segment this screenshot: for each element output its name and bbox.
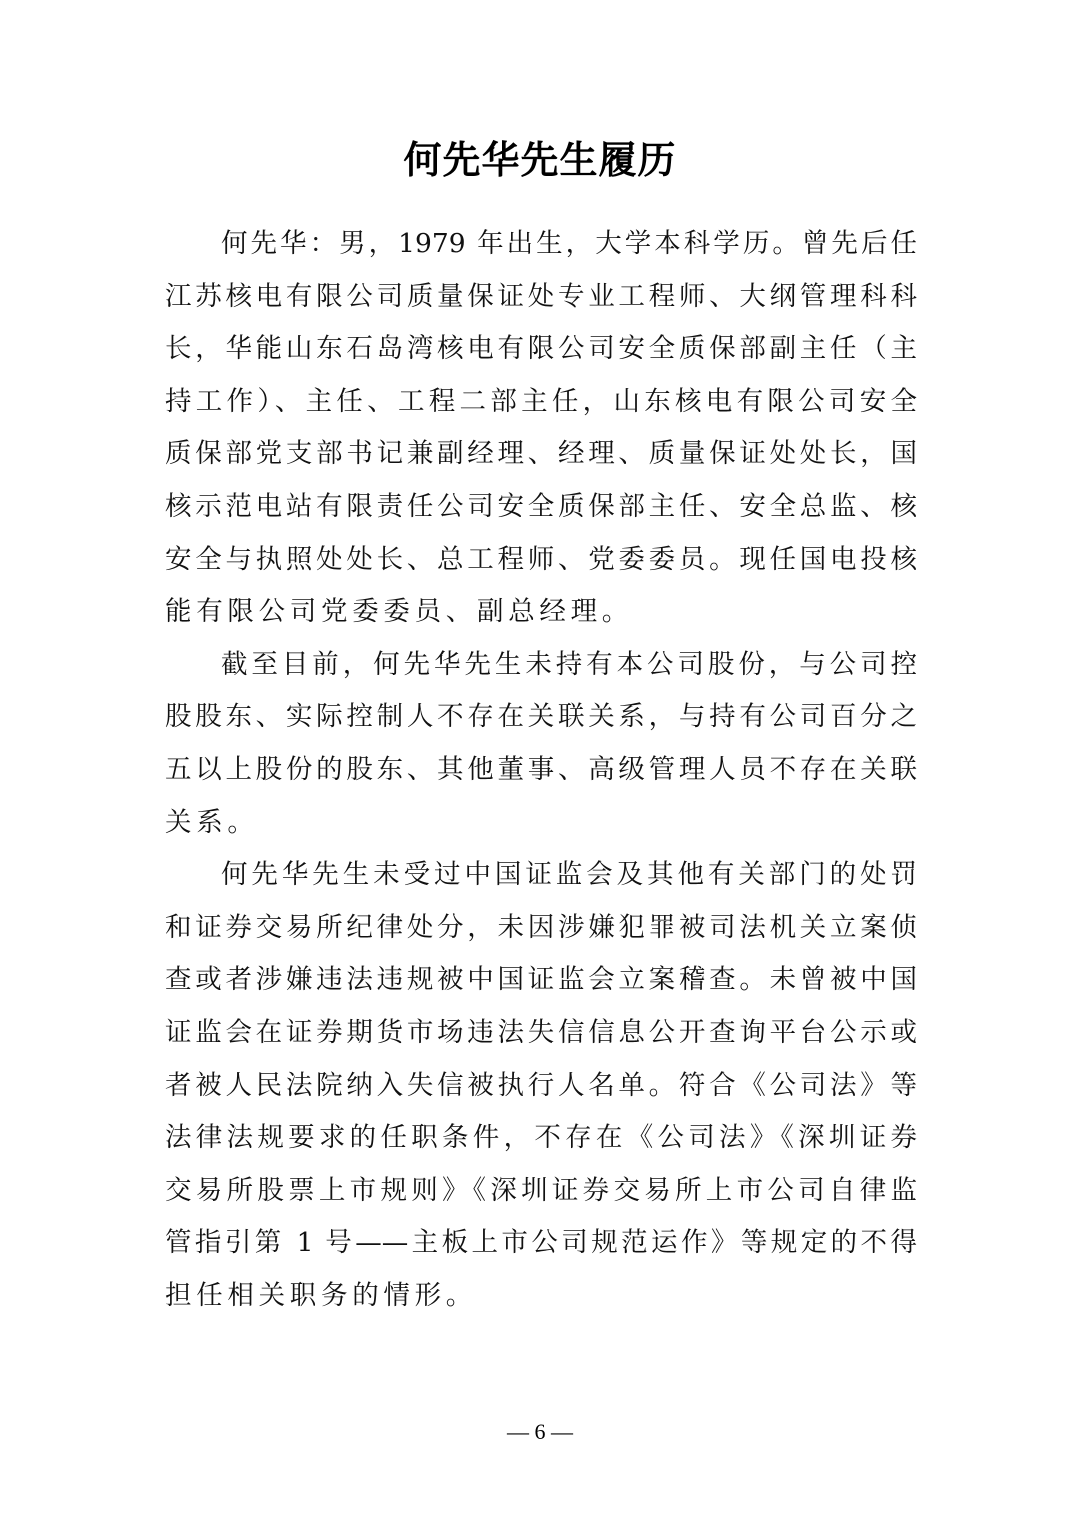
text-line: 交易所股票上市规则》《深圳证券交易所上市公司自律监	[165, 1165, 917, 1218]
text-line: 法律法规要求的任职条件，不存在《公司法》《深圳证券	[165, 1112, 917, 1165]
paragraph-compliance: 何先华先生未受过中国证监会及其他有关部门的处罚 和证券交易所纪律处分，未因涉嫌犯…	[165, 849, 917, 1322]
text-line: 证监会在证券期货市场违法失信信息公开查询平台公示或	[165, 1007, 917, 1060]
text-line: 担任相关职务的情形。	[165, 1270, 917, 1323]
document-title: 何先华先生履历	[0, 132, 1080, 188]
text-line: 持工作）、主任、工程二部主任，山东核电有限公司安全	[165, 376, 917, 429]
text-line: 质保部党支部书记兼副经理、经理、质量保证处处长，国	[165, 428, 917, 481]
text-line: 安全与执照处处长、总工程师、党委委员。现任国电投核	[165, 534, 917, 587]
text-line: 核示范电站有限责任公司安全质保部主任、安全总监、核	[165, 481, 917, 534]
paragraph-shareholding: 截至目前，何先华先生未持有本公司股份，与公司控 股股东、实际控制人不存在关联关系…	[165, 639, 917, 849]
text-line: 能有限公司党委委员、副总经理。	[165, 586, 917, 639]
text-line: 者被人民法院纳入失信被执行人名单。符合《公司法》等	[165, 1060, 917, 1113]
text-line: 江苏核电有限公司质量保证处专业工程师、大纲管理科科	[165, 271, 917, 324]
page-number: — 6 —	[0, 1417, 1080, 1447]
text-line: 截至目前，何先华先生未持有本公司股份，与公司控	[165, 639, 917, 692]
text-line: 五以上股份的股东、其他董事、高级管理人员不存在关联	[165, 744, 917, 797]
text-line: 股股东、实际控制人不存在关联关系，与持有公司百分之	[165, 691, 917, 744]
text-line: 何先华：男，1979 年出生，大学本科学历。曾先后任	[165, 218, 917, 271]
paragraph-biography: 何先华：男，1979 年出生，大学本科学历。曾先后任 江苏核电有限公司质量保证处…	[165, 218, 917, 639]
text-line: 查或者涉嫌违法违规被中国证监会立案稽查。未曾被中国	[165, 954, 917, 1007]
document-page: 何先华先生履历 何先华：男，1979 年出生，大学本科学历。曾先后任 江苏核电有…	[0, 0, 1080, 1527]
text-line: 长，华能山东石岛湾核电有限公司安全质保部副主任（主	[165, 323, 917, 376]
text-line: 管指引第 1 号——主板上市公司规范运作》等规定的不得	[165, 1217, 917, 1270]
text-line: 关系。	[165, 797, 917, 850]
document-body: 何先华：男，1979 年出生，大学本科学历。曾先后任 江苏核电有限公司质量保证处…	[165, 218, 917, 1322]
text-line: 何先华先生未受过中国证监会及其他有关部门的处罚	[165, 849, 917, 902]
text-line: 和证券交易所纪律处分，未因涉嫌犯罪被司法机关立案侦	[165, 902, 917, 955]
